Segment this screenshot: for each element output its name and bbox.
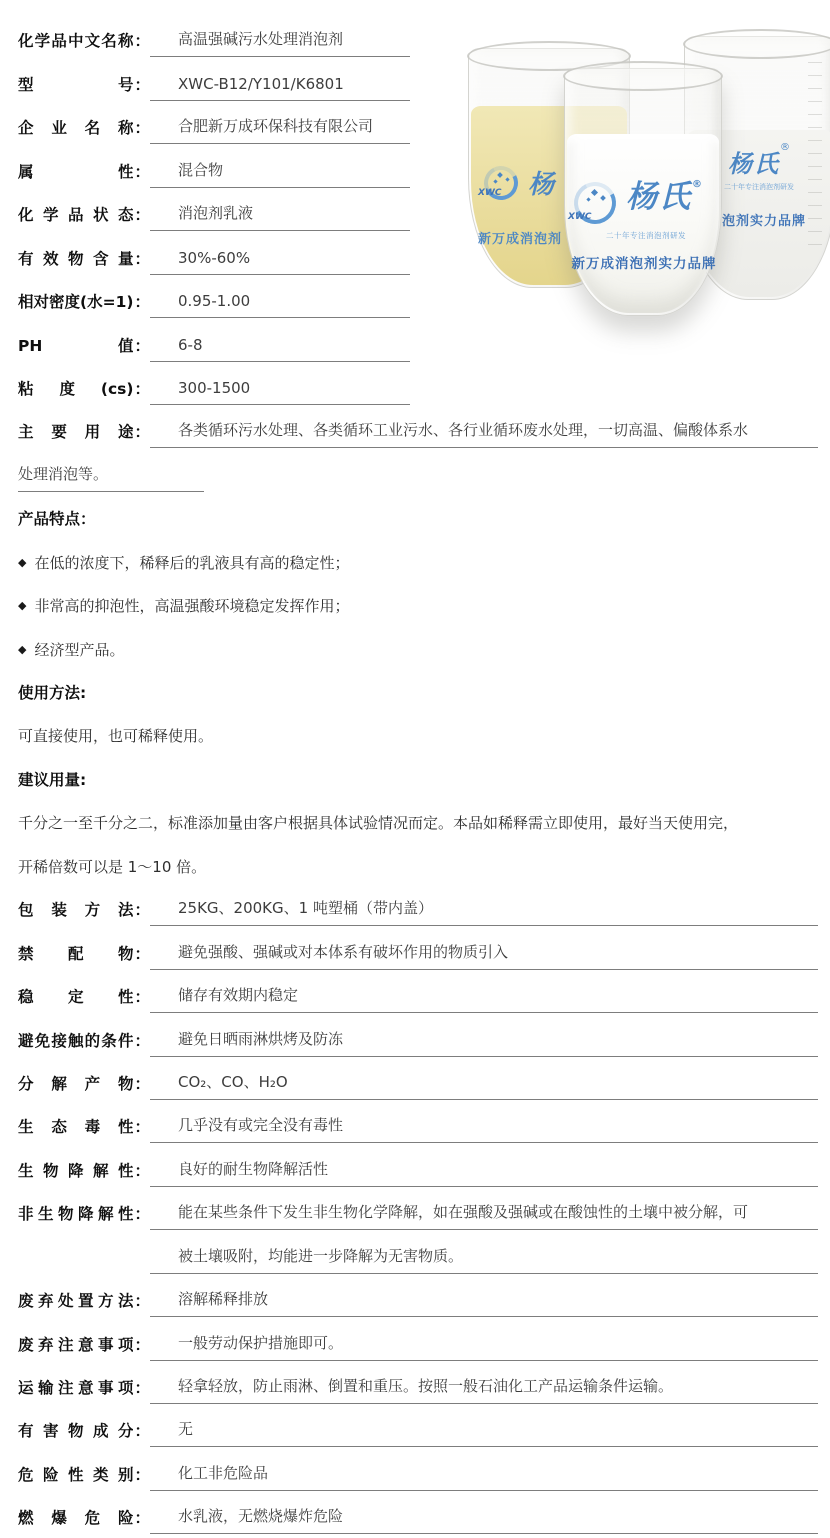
beaker-rim bbox=[683, 29, 830, 59]
field-value: 溶解稀释排放 bbox=[150, 1288, 818, 1317]
field-row-decomposition-products: 分解产物： CO₂、CO、H₂O bbox=[18, 1057, 818, 1100]
field-value: 高温强碱污水处理消泡剂 bbox=[150, 28, 410, 57]
xwc-moon-logo-icon: XWC bbox=[574, 182, 616, 224]
features-heading: 产品特点： bbox=[18, 492, 818, 535]
field-row-biodegradability: 生物降解性： 良好的耐生物降解活性 bbox=[18, 1143, 818, 1186]
field-row-conditions-to-avoid: 避免接触的条件： 避免日晒雨淋烘烤及防冻 bbox=[18, 1013, 818, 1056]
field-row-ecotoxicity: 生态毒性： 几乎没有或完全没有毒性 bbox=[18, 1100, 818, 1143]
field-label: 禁配物： bbox=[18, 942, 150, 970]
field-label: 危险性类别： bbox=[18, 1463, 150, 1491]
top-section: 化学品中文名称： 高温强碱污水处理消泡剂 型号： XWC-B12/Y101/K6… bbox=[18, 14, 818, 405]
field-label: 有效物含量： bbox=[18, 247, 150, 275]
field-value: 0.95-1.00 bbox=[150, 292, 410, 318]
field-value: 能在某些条件下发生非生物化学降解，如在强酸及强碱或在酸蚀性的土壤中被分解，可 bbox=[150, 1201, 818, 1230]
left-beaker-tagline: 新万成消泡剂 bbox=[478, 228, 562, 247]
field-label: 属性： bbox=[18, 160, 150, 188]
field-row-main-use: 主要用途： 各类循环污水处理、各类循环工业污水、各行业循环废水处理，一切高温、偏… bbox=[18, 405, 818, 448]
field-value: 各类循环污水处理、各类循环工业污水、各行业循环废水处理，一切高温、偏酸体系水 bbox=[150, 419, 818, 448]
field-label: 燃爆危险： bbox=[18, 1506, 150, 1534]
feature-item: ◆非常高的抑泡性，高温强酸环境稳定发挥作用； bbox=[18, 579, 818, 622]
feature-item: ◆经济型产品。 bbox=[18, 622, 818, 665]
field-row-chemical-name: 化学品中文名称： 高温强碱污水处理消泡剂 bbox=[18, 14, 410, 57]
product-spec-document: 化学品中文名称： 高温强碱污水处理消泡剂 型号： XWC-B12/Y101/K6… bbox=[0, 0, 830, 1538]
field-value: 消泡剂乳液 bbox=[150, 202, 410, 231]
field-row-state: 化学品状态： 消泡剂乳液 bbox=[18, 188, 410, 231]
field-row-main-use-cont: 处理消泡等。 bbox=[18, 448, 818, 491]
field-value: 6-8 bbox=[150, 336, 410, 362]
field-value: 25KG、200KG、1 吨塑桶（带内盖） bbox=[150, 897, 818, 926]
diamond-bullet-icon: ◆ bbox=[18, 643, 26, 656]
dosage-text-line2: 开稀倍数可以是 1～10 倍。 bbox=[18, 839, 818, 882]
field-row-explosion-hazard: 燃爆危险： 水乳液，无燃烧爆炸危险 bbox=[18, 1491, 818, 1534]
field-row-attribute: 属性： 混合物 bbox=[18, 144, 410, 187]
right-beaker-tagline: 泡剂实力品牌 bbox=[722, 210, 806, 229]
field-label: 稳定性： bbox=[18, 985, 150, 1013]
field-value: 300-1500 bbox=[150, 379, 410, 405]
middle-beaker-branding: XWC 杨氏® bbox=[574, 182, 704, 224]
field-label: 型号： bbox=[18, 73, 150, 101]
diamond-bullet-icon: ◆ bbox=[18, 556, 26, 569]
field-value: 30%-60% bbox=[150, 249, 410, 275]
beaker-graduation-marks bbox=[808, 62, 822, 256]
field-row-viscosity: 粘度(cs)： 300-1500 bbox=[18, 362, 410, 405]
field-value: 良好的耐生物降解活性 bbox=[150, 1158, 818, 1187]
field-value: 无 bbox=[150, 1418, 818, 1447]
field-label: 非生物降解性： bbox=[18, 1202, 150, 1230]
field-label: 分解产物： bbox=[18, 1072, 150, 1100]
field-label: 包装方法： bbox=[18, 898, 150, 926]
dosage-heading: 建议用量: bbox=[18, 752, 818, 795]
field-value: 一般劳动保护措施即可。 bbox=[150, 1332, 818, 1361]
field-row-disposal-method: 废弃处置方法： 溶解稀释排放 bbox=[18, 1274, 818, 1317]
brand-name: 杨氏® bbox=[626, 182, 704, 213]
diamond-bullet-icon: ◆ bbox=[18, 599, 26, 612]
field-label: 主要用途： bbox=[18, 420, 150, 448]
right-beaker-branding: 杨氏® bbox=[728, 144, 790, 179]
field-value: 储存有效期内稳定 bbox=[150, 984, 818, 1013]
xwc-moon-logo-icon: XWC bbox=[484, 166, 518, 200]
field-label: 有害物成分： bbox=[18, 1419, 150, 1447]
brand-name-partial: 杨 bbox=[528, 164, 556, 201]
field-value: 避免强酸、强碱或对本体系有破坏作用的物质引入 bbox=[150, 941, 818, 970]
field-label: 运输注意事项： bbox=[18, 1376, 150, 1404]
middle-beaker-tagline: 新万成消泡剂实力品牌 bbox=[566, 252, 722, 272]
usage-text: 可直接使用，也可稀释使用。 bbox=[18, 709, 818, 752]
field-row-disposal-precautions: 废弃注意事项： 一般劳动保护措施即可。 bbox=[18, 1317, 818, 1360]
feature-item: ◆在低的浓度下，稀释后的乳液具有高的稳定性； bbox=[18, 535, 818, 578]
field-value: 混合物 bbox=[150, 159, 410, 188]
field-row-ph: PH值： 6-8 bbox=[18, 318, 410, 361]
field-row-hazard-class: 危险性类别： 化工非危险品 bbox=[18, 1447, 818, 1490]
left-beaker-branding: XWC 杨 bbox=[484, 164, 556, 201]
field-label: 粘度(cs)： bbox=[18, 377, 150, 405]
usage-heading: 使用方法: bbox=[18, 666, 818, 709]
dosage-text-line1: 千分之一至千分之二，标准添加量由客户根据具体试验情况而定。本品如稀释需立即使用，… bbox=[18, 796, 818, 839]
beaker-rim bbox=[563, 61, 723, 91]
field-label: 化学品状态： bbox=[18, 203, 150, 231]
field-value: 合肥新万成环保科技有限公司 bbox=[150, 115, 410, 144]
field-value-continuation: 被土壤吸附，均能进一步降解为无害物质。 bbox=[150, 1245, 818, 1274]
field-label: 废弃处置方法： bbox=[18, 1289, 150, 1317]
field-row-active-content: 有效物含量： 30%-60% bbox=[18, 231, 410, 274]
field-row-packaging: 包装方法： 25KG、200KG、1 吨塑桶（带内盖） bbox=[18, 883, 818, 926]
field-row-harmful-components: 有害物成分： 无 bbox=[18, 1404, 818, 1447]
field-value: 轻拿轻放，防止雨淋、倒置和重压。按照一般石油化工产品运输条件运输。 bbox=[150, 1375, 818, 1404]
field-value: 避免日晒雨淋烘烤及防冻 bbox=[150, 1028, 818, 1057]
field-row-transport-precautions: 运输注意事项： 轻拿轻放，防止雨淋、倒置和重压。按照一般石油化工产品运输条件运输… bbox=[18, 1361, 818, 1404]
top-fields-column: 化学品中文名称： 高温强碱污水处理消泡剂 型号： XWC-B12/Y101/K6… bbox=[18, 14, 410, 405]
field-value: 几乎没有或完全没有毒性 bbox=[150, 1114, 818, 1143]
field-row-abiotic-degradability-cont: 被土壤吸附，均能进一步降解为无害物质。 bbox=[18, 1230, 818, 1273]
field-row-stability: 稳定性： 储存有效期内稳定 bbox=[18, 970, 818, 1013]
field-label: PH值： bbox=[18, 334, 150, 362]
field-value: CO₂、CO、H₂O bbox=[150, 1071, 818, 1100]
field-label: 相对密度(水=1)： bbox=[18, 290, 150, 318]
field-row-abiotic-degradability: 非生物降解性： 能在某些条件下发生非生物化学降解，如在强酸及强碱或在酸蚀性的土壤… bbox=[18, 1187, 818, 1230]
product-photo: XWC 杨 新万成消泡剂 杨氏® 二十年专注消泡剂研发 泡剂实力品牌 bbox=[454, 18, 830, 370]
field-row-density: 相对密度(水=1)： 0.95-1.00 bbox=[18, 275, 410, 318]
middle-beaker-small-tagline: 二十年专注消泡剂研发 bbox=[606, 230, 686, 241]
field-label: 生态毒性： bbox=[18, 1115, 150, 1143]
field-label: 化学品中文名称： bbox=[18, 29, 150, 57]
field-value: 化工非危险品 bbox=[150, 1462, 818, 1491]
field-row-incompatibles: 禁配物： 避免强酸、强碱或对本体系有破坏作用的物质引入 bbox=[18, 926, 818, 969]
right-beaker-small-tagline: 二十年专注消泡剂研发 bbox=[724, 182, 794, 192]
field-value: 水乳液，无燃烧爆炸危险 bbox=[150, 1505, 818, 1534]
field-value: XWC-B12/Y101/K6801 bbox=[150, 75, 410, 101]
field-row-company: 企业名称： 合肥新万成环保科技有限公司 bbox=[18, 101, 410, 144]
field-row-model: 型号： XWC-B12/Y101/K6801 bbox=[18, 57, 410, 100]
field-label: 企业名称： bbox=[18, 116, 150, 144]
field-value-continuation: 处理消泡等。 bbox=[18, 463, 204, 492]
field-label: 避免接触的条件： bbox=[18, 1029, 150, 1057]
field-label: 生物降解性： bbox=[18, 1159, 150, 1187]
field-label: 废弃注意事项： bbox=[18, 1333, 150, 1361]
